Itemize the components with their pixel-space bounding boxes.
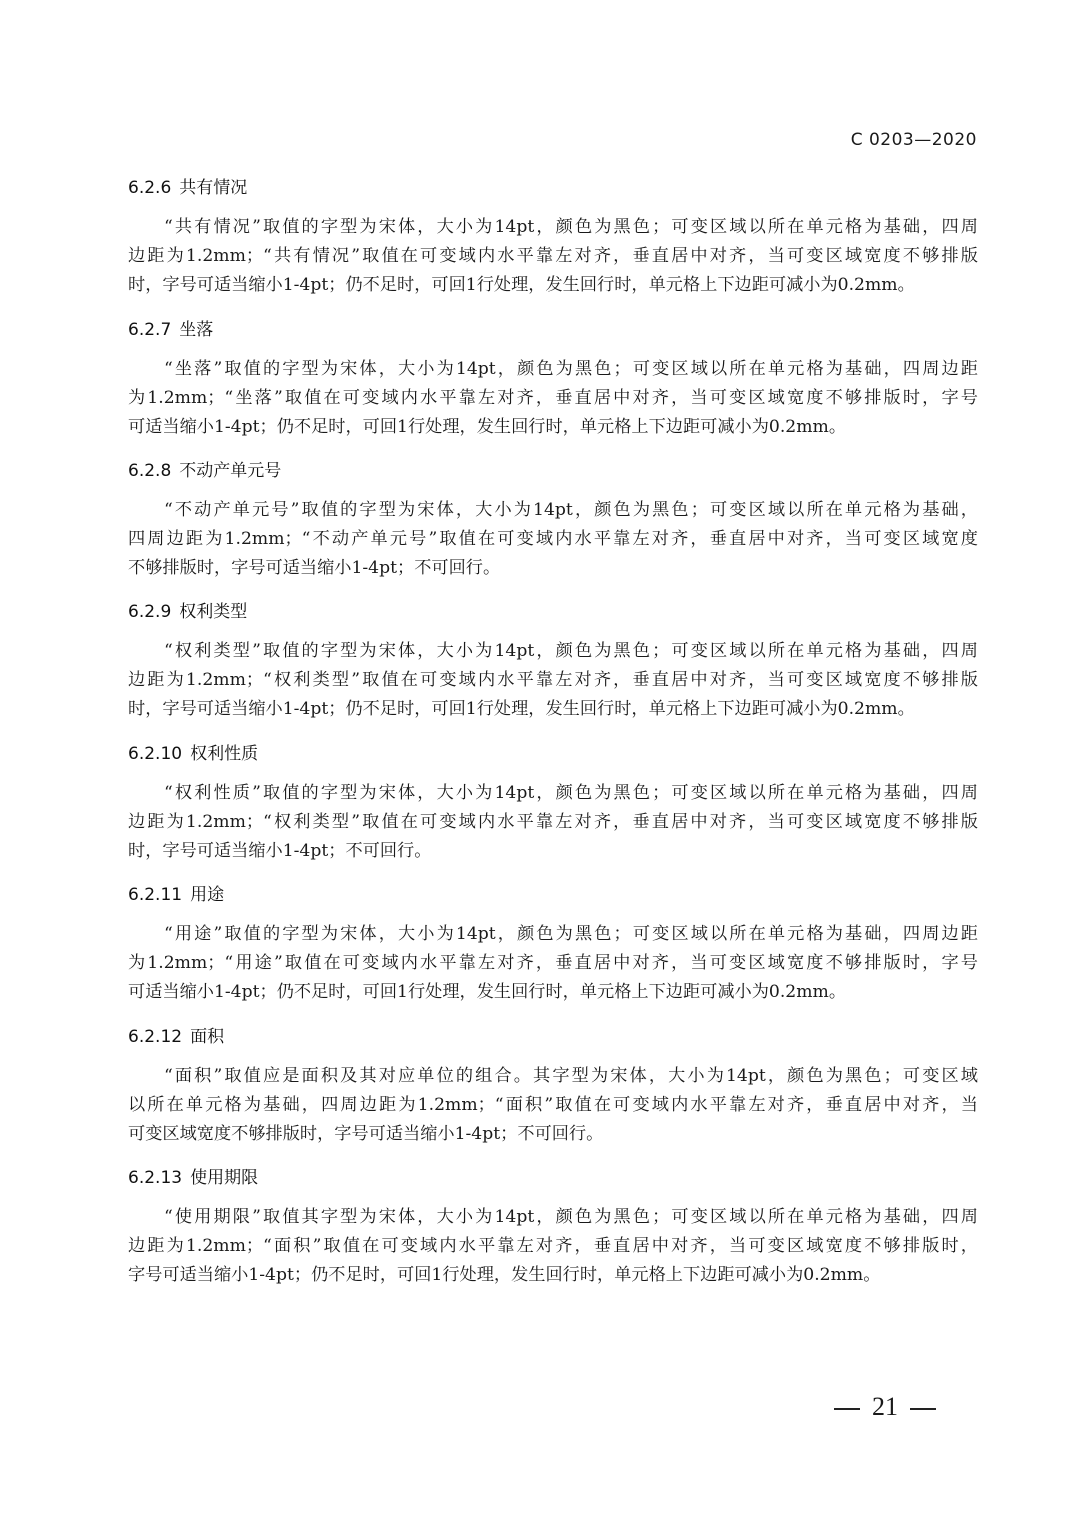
paragraph-line: “权利性质”取值的字型为宋体，大小为14pt，颜色为黑色；可变区域以所在单元格为…: [128, 779, 978, 808]
section-heading: 6.2.13使用期限: [128, 1164, 978, 1192]
section-paragraph: “面积”取值应是面积及其对应单位的组合。其字型为宋体，大小为14pt，颜色为黑色…: [128, 1062, 978, 1149]
paragraph-line: “面积”取值应是面积及其对应单位的组合。其字型为宋体，大小为14pt，颜色为黑色…: [128, 1062, 978, 1091]
section-number: 6.2.11: [128, 885, 182, 905]
paragraph-line: “使用期限”取值其字型为宋体，大小为14pt，颜色为黑色；可变区域以所在单元格为…: [128, 1203, 978, 1232]
section-title: 不动产单元号: [179, 461, 281, 481]
section-paragraph: “使用期限”取值其字型为宋体，大小为14pt，颜色为黑色；可变区域以所在单元格为…: [128, 1203, 978, 1290]
paragraph-line: 为1.2mm；“坐落”取值在可变域内水平靠左对齐，垂直居中对齐，当可变区域宽度不…: [128, 384, 978, 413]
section-heading: 6.2.10权利性质: [128, 740, 978, 768]
section-number: 6.2.9: [128, 602, 171, 622]
section-heading: 6.2.7坐落: [128, 316, 978, 344]
section-6-2-9: 6.2.9权利类型 “权利类型”取值的字型为宋体，大小为14pt，颜色为黑色；可…: [128, 598, 978, 724]
paragraph-line: “权利类型”取值的字型为宋体，大小为14pt，颜色为黑色；可变区域以所在单元格为…: [128, 637, 978, 666]
section-6-2-7: 6.2.7坐落 “坐落”取值的字型为宋体，大小为14pt，颜色为黑色；可变区域以…: [128, 316, 978, 442]
section-title: 坐落: [179, 320, 213, 340]
section-paragraph: “不动产单元号”取值的字型为宋体，大小为14pt，颜色为黑色；可变区域以所在单元…: [128, 496, 978, 583]
paragraph-line: 可适当缩小1-4pt；仍不足时，可回1行处理，发生回行时，单元格上下边距可减小为…: [128, 978, 978, 1007]
section-paragraph: “权利类型”取值的字型为宋体，大小为14pt，颜色为黑色；可变区域以所在单元格为…: [128, 637, 978, 724]
section-number: 6.2.7: [128, 320, 171, 340]
section-heading: 6.2.12面积: [128, 1023, 978, 1051]
section-heading: 6.2.8不动产单元号: [128, 457, 978, 485]
paragraph-line: 可变区域宽度不够排版时，字号可适当缩小1-4pt；不可回行。: [128, 1120, 978, 1149]
section-6-2-8: 6.2.8不动产单元号 “不动产单元号”取值的字型为宋体，大小为14pt，颜色为…: [128, 457, 978, 583]
section-title: 共有情况: [179, 178, 247, 198]
section-number: 6.2.12: [128, 1027, 182, 1047]
section-heading: 6.2.6共有情况: [128, 174, 978, 202]
section-heading: 6.2.9权利类型: [128, 598, 978, 626]
section-title: 使用期限: [190, 1168, 258, 1188]
paragraph-line: 边距为1.2mm；“面积”取值在可变域内水平靠左对齐，垂直居中对齐，当可变区域宽…: [128, 1232, 978, 1261]
paragraph-line: “不动产单元号”取值的字型为宋体，大小为14pt，颜色为黑色；可变区域以所在单元…: [128, 496, 978, 525]
section-title: 权利性质: [190, 744, 258, 764]
section-number: 6.2.8: [128, 461, 171, 481]
paragraph-line: 为1.2mm；“用途”取值在可变域内水平靠左对齐，垂直居中对齐，当可变区域宽度不…: [128, 949, 978, 978]
section-number: 6.2.13: [128, 1168, 182, 1188]
paragraph-line: “共有情况”取值的字型为宋体，大小为14pt，颜色为黑色；可变区域以所在单元格为…: [128, 213, 978, 242]
section-paragraph: “权利性质”取值的字型为宋体，大小为14pt，颜色为黑色；可变区域以所在单元格为…: [128, 779, 978, 866]
section-6-2-13: 6.2.13使用期限 “使用期限”取值其字型为宋体，大小为14pt，颜色为黑色；…: [128, 1164, 978, 1290]
section-6-2-11: 6.2.11用途 “用途”取值的字型为宋体，大小为14pt，颜色为黑色；可变区域…: [128, 881, 978, 1007]
paragraph-line: 可适当缩小1-4pt；仍不足时，可回1行处理，发生回行时，单元格上下边距可减小为…: [128, 413, 978, 442]
paragraph-line: 不够排版时，字号可适当缩小1-4pt；不可回行。: [128, 554, 978, 583]
paragraph-line: 时，字号可适当缩小1-4pt；仍不足时，可回1行处理，发生回行时，单元格上下边距…: [128, 271, 978, 300]
paragraph-line: 四周边距为1.2mm；“不动产单元号”取值在可变域内水平靠左对齐，垂直居中对齐，…: [128, 525, 978, 554]
paragraph-line: 时，字号可适当缩小1-4pt；不可回行。: [128, 837, 978, 866]
section-number: 6.2.10: [128, 744, 182, 764]
page-number-footer: 21: [822, 1392, 948, 1422]
section-title: 权利类型: [179, 602, 247, 622]
dash-decoration: [910, 1408, 936, 1410]
section-paragraph: “用途”取值的字型为宋体，大小为14pt，颜色为黑色；可变区域以所在单元格为基础…: [128, 920, 978, 1007]
section-heading: 6.2.11用途: [128, 881, 978, 909]
section-6-2-10: 6.2.10权利性质 “权利性质”取值的字型为宋体，大小为14pt，颜色为黑色；…: [128, 740, 978, 866]
section-6-2-12: 6.2.12面积 “面积”取值应是面积及其对应单位的组合。其字型为宋体，大小为1…: [128, 1023, 978, 1149]
paragraph-line: “用途”取值的字型为宋体，大小为14pt，颜色为黑色；可变区域以所在单元格为基础…: [128, 920, 978, 949]
paragraph-line: 边距为1.2mm；“共有情况”取值在可变域内水平靠左对齐，垂直居中对齐，当可变区…: [128, 242, 978, 271]
section-title: 面积: [190, 1027, 224, 1047]
section-6-2-6: 6.2.6共有情况 “共有情况”取值的字型为宋体，大小为14pt，颜色为黑色；可…: [128, 174, 978, 300]
dash-decoration: [834, 1408, 860, 1410]
paragraph-line: 时，字号可适当缩小1-4pt；仍不足时，可回1行处理，发生回行时，单元格上下边距…: [128, 695, 978, 724]
paragraph-line: 字号可适当缩小1-4pt；仍不足时，可回1行处理，发生回行时，单元格上下边距可减…: [128, 1261, 978, 1290]
paragraph-line: 边距为1.2mm；“权利类型”取值在可变域内水平靠左对齐，垂直居中对齐，当可变区…: [128, 666, 978, 695]
paragraph-line: 边距为1.2mm；“权利类型”取值在可变域内水平靠左对齐，垂直居中对齐，当可变区…: [128, 808, 978, 837]
paragraph-line: 以所在单元格为基础，四周边距为1.2mm；“面积”取值在可变域内水平靠左对齐，垂…: [128, 1091, 978, 1120]
document-code-header: C 0203—2020: [851, 130, 977, 150]
section-paragraph: “共有情况”取值的字型为宋体，大小为14pt，颜色为黑色；可变区域以所在单元格为…: [128, 213, 978, 300]
page-number: 21: [872, 1392, 898, 1421]
section-title: 用途: [190, 885, 224, 905]
section-number: 6.2.6: [128, 178, 171, 198]
section-paragraph: “坐落”取值的字型为宋体，大小为14pt，颜色为黑色；可变区域以所在单元格为基础…: [128, 355, 978, 442]
paragraph-line: “坐落”取值的字型为宋体，大小为14pt，颜色为黑色；可变区域以所在单元格为基础…: [128, 355, 978, 384]
